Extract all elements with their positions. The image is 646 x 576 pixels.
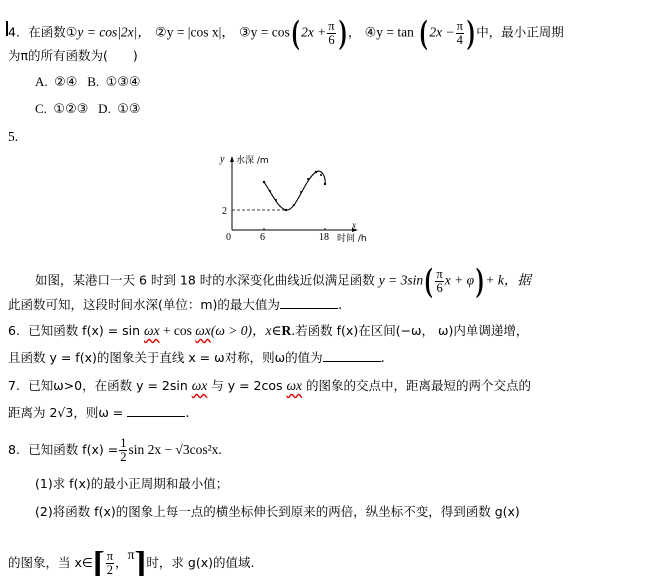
- option-a-value: ②④: [54, 75, 77, 90]
- option-c-value: ①②③: [53, 102, 88, 117]
- q8-part1: (1)求 f(x)的最小正周期和最小值；: [35, 475, 228, 493]
- water-depth-figure: y 水深 /m 2 0 6 18 x 时间 /h: [212, 150, 382, 242]
- svg-text:6: 6: [260, 232, 265, 242]
- q4-line1: 4. 在函数①y = cos|2x|， ②y = |cos x|， ③y = c…: [8, 18, 564, 48]
- option-b-value: ①③④: [106, 75, 141, 90]
- svg-text:2: 2: [222, 206, 227, 217]
- fraction-pi-6: π6: [327, 20, 335, 47]
- svg-text:0: 0: [226, 232, 231, 242]
- svg-text:水深 /m: 水深 /m: [236, 154, 269, 166]
- svg-text:18: 18: [319, 232, 329, 242]
- q8-line3: 的图象，当 x∈[π2，π]时，求 g(x)的值域.: [8, 546, 254, 576]
- q6-line2: 且函数 y = f(x)的图象关于直线 x = ω对称，则ω的值为.: [8, 349, 385, 368]
- q4-options-row2: C. ①②③ D. ①③: [35, 100, 141, 119]
- option-b-label: B.: [87, 74, 99, 89]
- sine-function: y = 3sin: [379, 273, 423, 288]
- svg-text:y: y: [219, 154, 225, 165]
- fraction-pi-2: π2: [106, 550, 114, 576]
- q4-line2: 为π的所有函数为( ): [8, 47, 138, 65]
- function-4: y = tan: [376, 25, 414, 40]
- option-d-value: ①③: [117, 102, 140, 117]
- svg-text:x: x: [351, 220, 356, 230]
- function-3: y = cos: [251, 25, 290, 40]
- answer-blank[interactable]: [323, 349, 381, 362]
- q5-number: 5.: [8, 128, 18, 146]
- q6-line1: 6. 已知函数 f(x) = sin ωx + cos ωx(ω > 0)，x∈…: [8, 322, 528, 341]
- q5-line2: 此函数可知，这段时间水深(单位：m)的最大值为.: [8, 296, 342, 315]
- option-c-label: C.: [35, 101, 47, 116]
- svg-text:时间 /h: 时间 /h: [337, 232, 367, 242]
- water-depth-chart: y 水深 /m 2 0 6 18 x 时间 /h: [212, 150, 382, 242]
- function-1: y = cos|2x|，: [77, 25, 151, 40]
- option-a-label: A.: [35, 74, 48, 89]
- q4-options-row1: A. ②④ B. ①③④: [35, 73, 141, 92]
- q7-line1: 7. 已知ω>0，在函数 y = 2sin ωx 与 y = 2cos ωx 的…: [8, 377, 531, 396]
- fraction-pi-4: π4: [456, 20, 464, 47]
- question-number: 4.: [8, 25, 20, 40]
- function-2: y = |cos x|，: [167, 25, 235, 40]
- answer-blank[interactable]: [280, 296, 338, 309]
- q8-line1: 8. 已知函数 f(x) =12sin 2x − √3cos²x.: [8, 437, 222, 464]
- q5-line1: 如图，某港口一天 6 时到 18 时的水深变化曲线近似满足函数 y = 3sin…: [35, 266, 531, 296]
- fraction-pi-6: π6: [435, 268, 443, 295]
- q7-line2: 距离为 2√3，则ω = .: [8, 404, 190, 423]
- answer-blank[interactable]: [127, 404, 185, 417]
- q8-part2: (2)将函数 f(x)的图象上每一点的横坐标伸长到原来的两倍，纵坐标不变，得到函…: [35, 503, 520, 521]
- option-d-label: D.: [98, 101, 111, 116]
- fraction-one-half: 12: [119, 437, 127, 464]
